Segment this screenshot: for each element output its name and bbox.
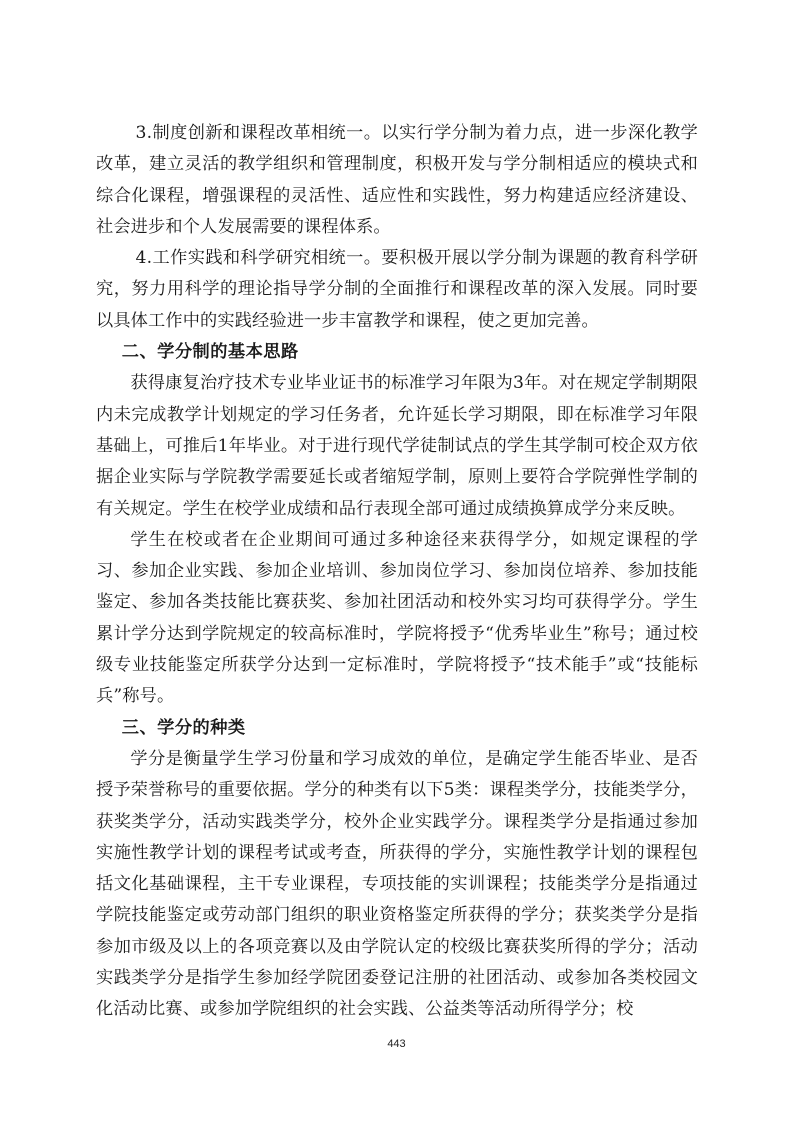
section-heading-basic-approach: 二、学分制的基本思路 xyxy=(96,337,698,368)
section-heading-credit-types: 三、学分的种类 xyxy=(96,713,698,744)
document-page: 3.制度创新和课程改革相统一。以实行学分制为着力点，进一步深化教学改革，建立灵活… xyxy=(96,118,698,1026)
paragraph-credit-definition: 学分是衡量学生学习份量和学习成效的单位，是确定学生能否毕业、是否授予荣誉称号的重… xyxy=(96,744,698,1026)
paragraph-item-4: 4.工作实践和科学研究相统一。要积极开展以学分制为课题的教育科学研究，努力用科学… xyxy=(96,243,698,337)
paragraph-credit-sources: 学生在校或者在企业期间可通过多种途径来获得学分，如规定课程的学习、参加企业实践、… xyxy=(96,525,698,713)
paragraph-study-duration: 获得康复治疗技术专业毕业证书的标准学习年限为3年。对在规定学制期限内未完成教学计… xyxy=(96,368,698,524)
paragraph-item-3: 3.制度创新和课程改革相统一。以实行学分制为着力点，进一步深化教学改革，建立灵活… xyxy=(96,118,698,243)
page-number: 443 xyxy=(0,1038,793,1050)
